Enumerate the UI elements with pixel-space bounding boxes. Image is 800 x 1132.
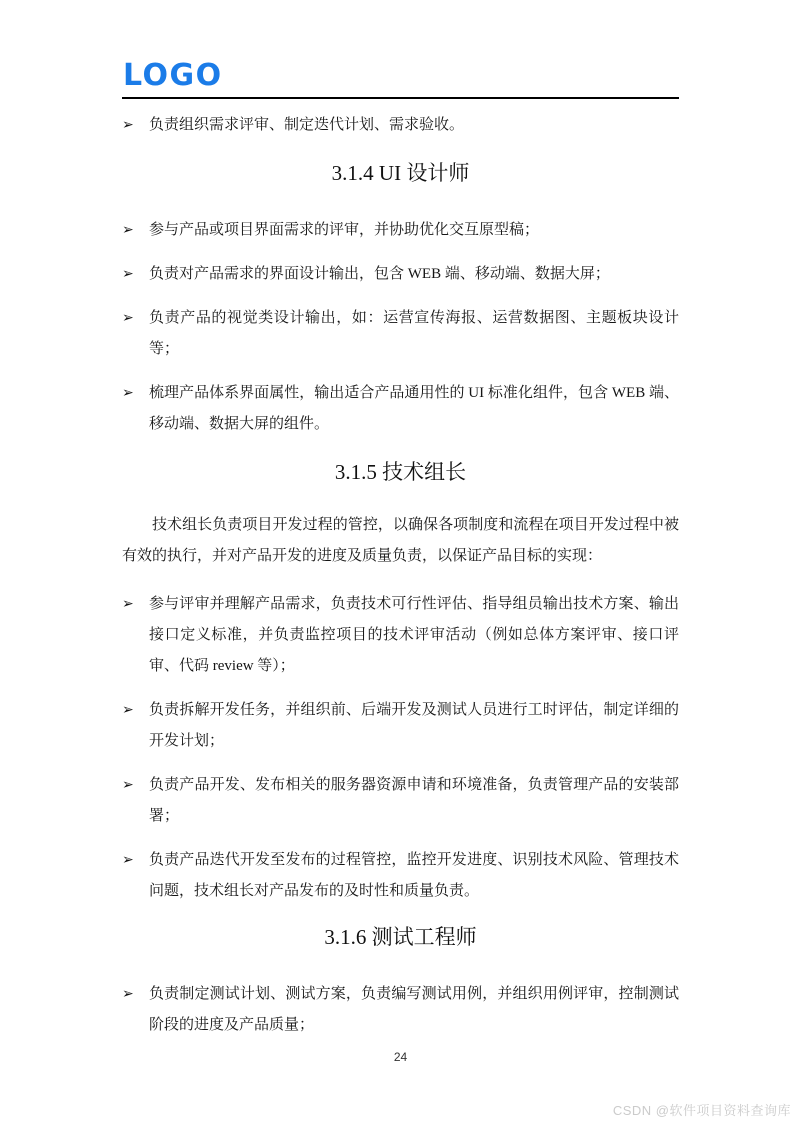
section-3-1-5-intro-paragraph: 技术组长负责项目开发过程的管控，以确保各项制度和流程在项目开发过程中被有效的执行… (122, 510, 679, 572)
section-heading-3-1-5: 3.1.5 技术组长 (122, 458, 679, 486)
arrow-bullet-icon: ➢ (122, 695, 149, 757)
logo: LOGO (123, 60, 679, 92)
arrow-bullet-icon: ➢ (122, 259, 149, 290)
list-item: ➢ 负责组织需求评审、制定迭代计划、需求验收。 (122, 110, 679, 141)
arrow-bullet-icon: ➢ (122, 215, 149, 246)
arrow-bullet-icon: ➢ (122, 378, 149, 440)
bullet-text: 负责产品的视觉类设计输出，如：运营宣传海报、运营数据图、主题板块设计等； (149, 303, 679, 365)
list-item: ➢ 负责产品的视觉类设计输出，如：运营宣传海报、运营数据图、主题板块设计等； (122, 303, 679, 365)
section-heading-3-1-4: 3.1.4 UI 设计师 (122, 159, 679, 187)
bullet-text: 参与产品或项目界面需求的评审，并协助优化交互原型稿； (149, 215, 679, 246)
bullet-text: 参与评审并理解产品需求，负责技术可行性评估、指导组员输出技术方案、输出接口定义标… (149, 589, 679, 682)
list-item: ➢ 参与产品或项目界面需求的评审，并协助优化交互原型稿； (122, 215, 679, 246)
list-item: ➢ 负责产品开发、发布相关的服务器资源申请和环境准备，负责管理产品的安装部署； (122, 770, 679, 832)
list-item: ➢ 梳理产品体系界面属性，输出适合产品通用性的 UI 标准化组件，包含 WEB … (122, 378, 679, 440)
bullet-text: 负责制定测试计划、测试方案，负责编写测试用例，并组织用例评审，控制测试阶段的进度… (149, 979, 679, 1041)
section-heading-3-1-6: 3.1.6 测试工程师 (122, 923, 679, 951)
list-item: ➢ 负责制定测试计划、测试方案，负责编写测试用例，并组织用例评审，控制测试阶段的… (122, 979, 679, 1041)
arrow-bullet-icon: ➢ (122, 979, 149, 1041)
header-rule (122, 97, 679, 99)
watermark: CSDN @软件项目资料查询库 (613, 1100, 791, 1119)
section-3-1-4-bullet-list: ➢ 参与产品或项目界面需求的评审，并协助优化交互原型稿； ➢ 负责对产品需求的界… (122, 215, 679, 440)
arrow-bullet-icon: ➢ (122, 110, 149, 141)
bullet-text: 负责拆解开发任务，并组织前、后端开发及测试人员进行工时评估，制定详细的开发计划； (149, 695, 679, 757)
intro-bullet-list: ➢ 负责组织需求评审、制定迭代计划、需求验收。 (122, 110, 679, 141)
bullet-text: 负责组织需求评审、制定迭代计划、需求验收。 (149, 110, 679, 141)
arrow-bullet-icon: ➢ (122, 589, 149, 682)
document-page: LOGO ➢ 负责组织需求评审、制定迭代计划、需求验收。 3.1.4 UI 设计… (0, 60, 800, 1065)
list-item: ➢ 负责对产品需求的界面设计输出，包含 WEB 端、移动端、数据大屏； (122, 259, 679, 290)
section-3-1-6-bullet-list: ➢ 负责制定测试计划、测试方案，负责编写测试用例，并组织用例评审，控制测试阶段的… (122, 979, 679, 1041)
bullet-text: 负责产品迭代开发至发布的过程管控，监控开发进度、识别技术风险、管理技术问题，技术… (149, 845, 679, 907)
bullet-text: 梳理产品体系界面属性，输出适合产品通用性的 UI 标准化组件，包含 WEB 端、… (149, 378, 679, 440)
arrow-bullet-icon: ➢ (122, 770, 149, 832)
arrow-bullet-icon: ➢ (122, 303, 149, 365)
list-item: ➢ 参与评审并理解产品需求，负责技术可行性评估、指导组员输出技术方案、输出接口定… (122, 589, 679, 682)
bullet-text: 负责产品开发、发布相关的服务器资源申请和环境准备，负责管理产品的安装部署； (149, 770, 679, 832)
list-item: ➢ 负责拆解开发任务，并组织前、后端开发及测试人员进行工时评估，制定详细的开发计… (122, 695, 679, 757)
list-item: ➢ 负责产品迭代开发至发布的过程管控，监控开发进度、识别技术风险、管理技术问题，… (122, 845, 679, 907)
page-number: 24 (122, 1049, 679, 1065)
bullet-text: 负责对产品需求的界面设计输出，包含 WEB 端、移动端、数据大屏； (149, 259, 679, 290)
arrow-bullet-icon: ➢ (122, 845, 149, 907)
section-3-1-5-bullet-list: ➢ 参与评审并理解产品需求，负责技术可行性评估、指导组员输出技术方案、输出接口定… (122, 589, 679, 907)
